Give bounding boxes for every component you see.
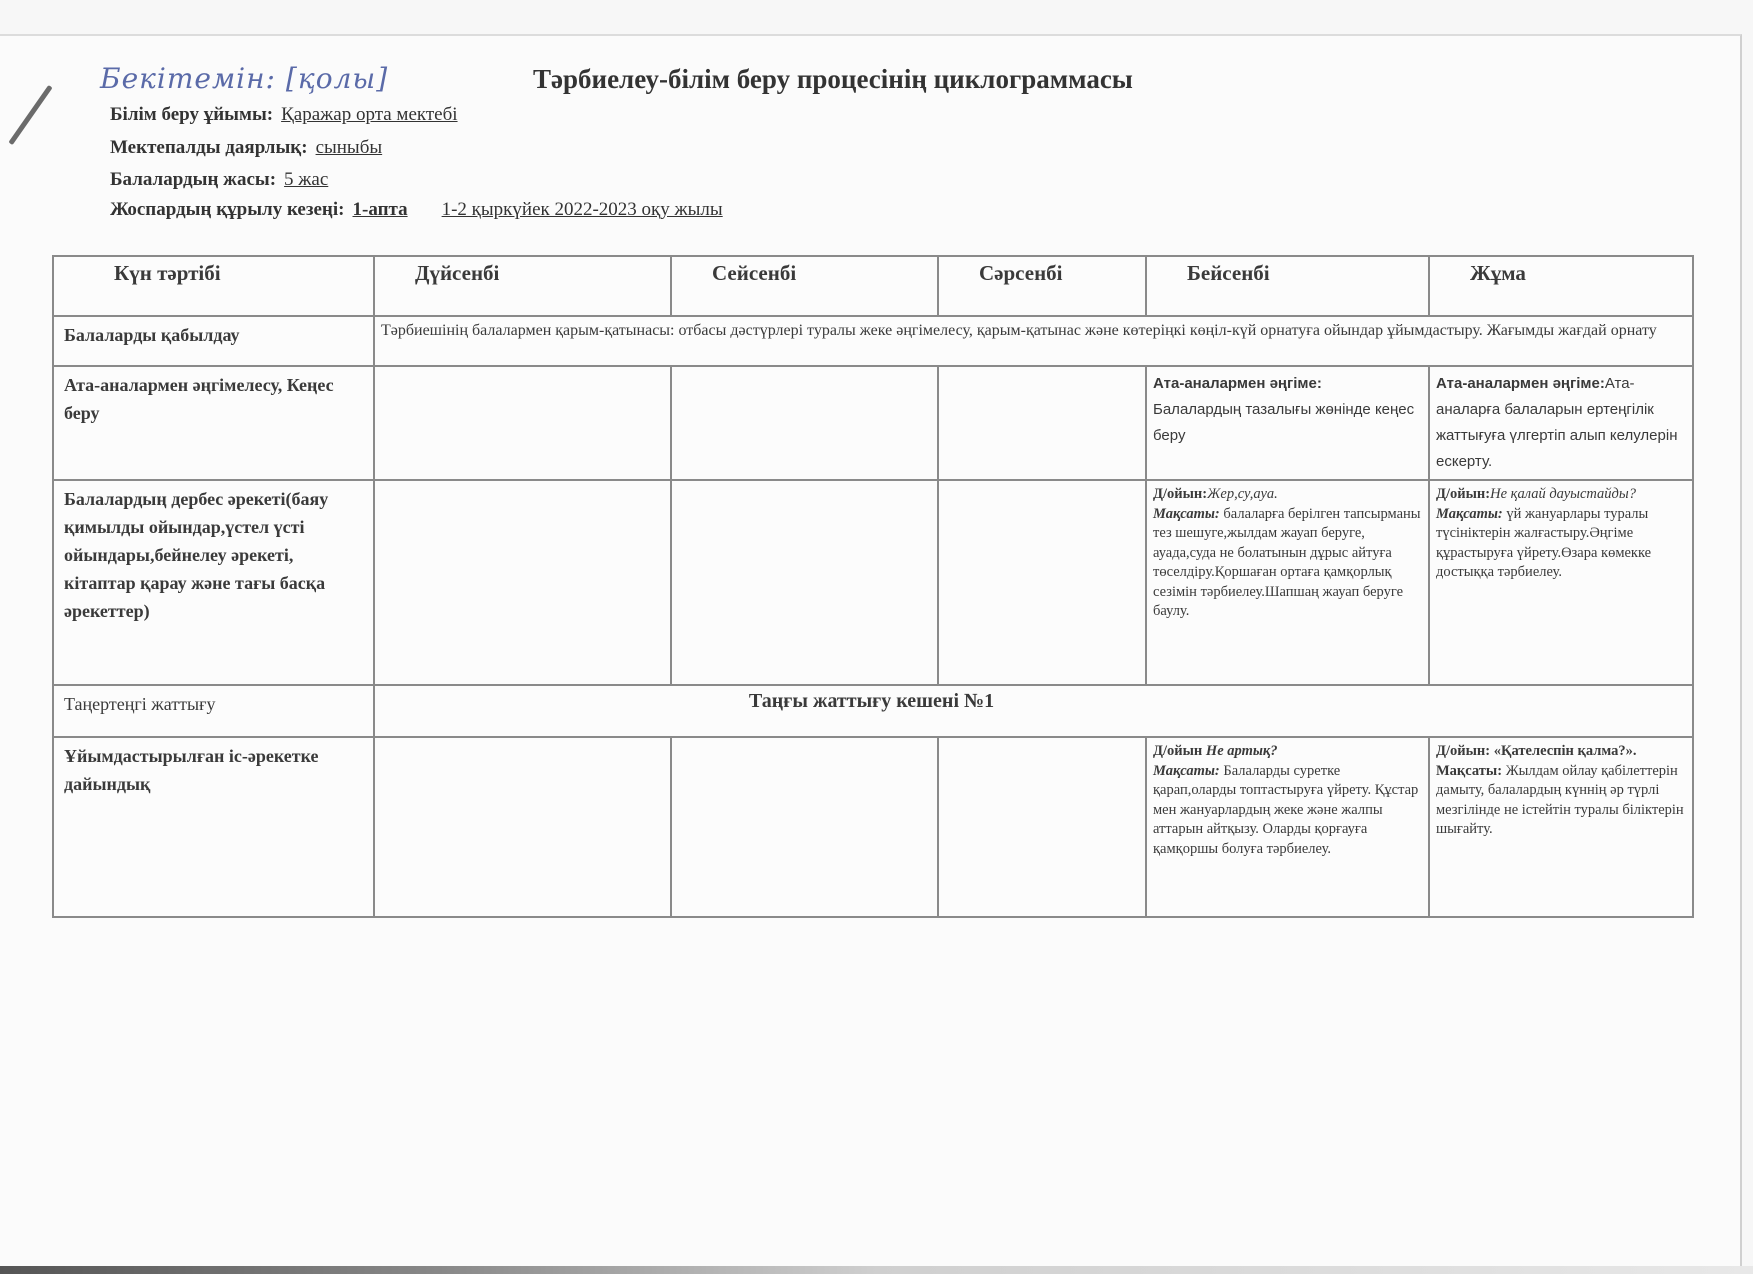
organization-value: Қаражар орта мектебі (281, 104, 457, 125)
row-label-reception: Балаларды қабылдау (53, 316, 374, 366)
meta-group: Мектепалды даярлық:сыныбы (110, 137, 382, 159)
game-name: Не қалай дауыстайды? (1490, 486, 1636, 502)
goal-label: Мақсаты: (1153, 763, 1220, 779)
header-schedule: Күн тәртібі (53, 256, 374, 316)
period-gap (408, 199, 442, 220)
game-label: Д/ойын: (1436, 743, 1490, 759)
game-label: Д/ойын: (1153, 486, 1207, 502)
organization-label: Білім беру ұйымы: (110, 104, 273, 125)
header-monday: Дүйсенбі (374, 256, 671, 316)
header-wednesday: Сәрсенбі (938, 256, 1146, 316)
group-label: Мектепалды даярлық: (110, 137, 308, 158)
game-name: «Қателеспін қалма?». (1494, 743, 1637, 759)
meta-period: Жоспардың құрылу кезеңі:1-апта1-2 қыркүй… (110, 199, 723, 221)
game-label: Д/ойын: (1436, 486, 1490, 502)
game-label: Д/ойын (1153, 743, 1202, 759)
activity-thursday-cell: Д/ойын:Жер,су,ауа. Мақсаты: балаларға бе… (1146, 480, 1429, 685)
cell-empty (938, 480, 1146, 685)
scan-edge-shadow (0, 1266, 1753, 1274)
row-label-parents: Ата-аналармен әңгімелесу, Кеңес беру (53, 366, 374, 480)
cell-empty (671, 480, 938, 685)
cell-empty (671, 737, 938, 917)
row-label-independent-activity: Балалардың дербес әрекеті(баяу қимылды о… (53, 480, 374, 685)
table-row: Балалардың дербес әрекеті(баяу қимылды о… (53, 480, 1693, 685)
cell-empty (671, 366, 938, 480)
meta-organization: Білім беру ұйымы:Қаражар орта мектебі (110, 104, 458, 126)
group-value: сыныбы (316, 137, 383, 158)
period-week: 1-апта (353, 199, 408, 220)
parents-friday-heading: Ата-аналармен әңгіме: (1436, 375, 1605, 392)
preparation-friday-cell: Д/ойын: «Қателеспін қалма?». Мақсаты: Жы… (1429, 737, 1693, 917)
table-row: Таңертеңгі жаттығу Таңғы жаттығу кешені … (53, 685, 1693, 737)
header-thursday: Бейсенбі (1146, 256, 1429, 316)
header-tuesday: Сейсенбі (671, 256, 938, 316)
cell-empty (374, 366, 671, 480)
row-label-preparation: Ұйымдастырылған іс-әрекетке дайындық (53, 737, 374, 917)
activity-friday-cell: Д/ойын:Не қалай дауыстайды? Мақсаты: үй … (1429, 480, 1693, 685)
age-value: 5 жас (284, 169, 328, 190)
cell-empty (938, 737, 1146, 917)
cell-empty (374, 480, 671, 685)
goal-label: Мақсаты: (1436, 506, 1503, 522)
parents-friday-cell: Ата-аналармен әңгіме:Ата-аналарға балала… (1429, 366, 1693, 480)
goal-text: балаларға берілген тапсырманы тез шешуге… (1153, 506, 1421, 620)
header-friday: Жұма (1429, 256, 1693, 316)
morning-exercise-merged-cell: Таңғы жаттығу кешені №1 (374, 685, 1693, 737)
meta-age: Балалардың жасы:5 жас (110, 169, 328, 191)
cell-empty (938, 366, 1146, 480)
document-title: Тәрбиелеу-білім беру процесінің циклогра… (533, 64, 1133, 95)
cyclogram-table: Күн тәртібі Дүйсенбі Сейсенбі Сәрсенбі Б… (52, 255, 1694, 918)
table-row: Ата-аналармен әңгімелесу, Кеңес беру Ата… (53, 366, 1693, 480)
parents-thursday-cell: Ата-аналармен әңгіме: Балалардың тазалығ… (1146, 366, 1429, 480)
parents-thursday-heading: Ата-аналармен әңгіме: (1153, 375, 1322, 392)
table-row: Ұйымдастырылған іс-әрекетке дайындық Д/о… (53, 737, 1693, 917)
goal-label: Мақсаты: (1436, 763, 1502, 779)
cell-empty (374, 737, 671, 917)
age-label: Балалардың жасы: (110, 169, 276, 190)
period-label: Жоспардың құрылу кезеңі: (110, 199, 345, 220)
period-dates: 1-2 қыркүйек 2022-2023 оқу жылы (442, 199, 723, 220)
goal-label: Мақсаты: (1153, 506, 1220, 522)
parents-thursday-text: Балалардың тазалығы жөнінде кеңес беру (1153, 401, 1414, 444)
game-name: Не артық? (1206, 743, 1278, 759)
table-header-row: Күн тәртібі Дүйсенбі Сейсенбі Сәрсенбі Б… (53, 256, 1693, 316)
preparation-thursday-cell: Д/ойын Не артық? Мақсаты: Балаларды суре… (1146, 737, 1429, 917)
row-label-morning-exercise: Таңертеңгі жаттығу (53, 685, 374, 737)
handwritten-approval-note: Бекітемін: [қолы] (100, 62, 388, 95)
table-row: Балаларды қабылдау Тәрбиешінің балаларме… (53, 316, 1693, 366)
game-name: Жер,су,ауа. (1207, 486, 1278, 502)
reception-merged-cell: Тәрбиешінің балалармен қарым-қатынасы: о… (374, 316, 1693, 366)
